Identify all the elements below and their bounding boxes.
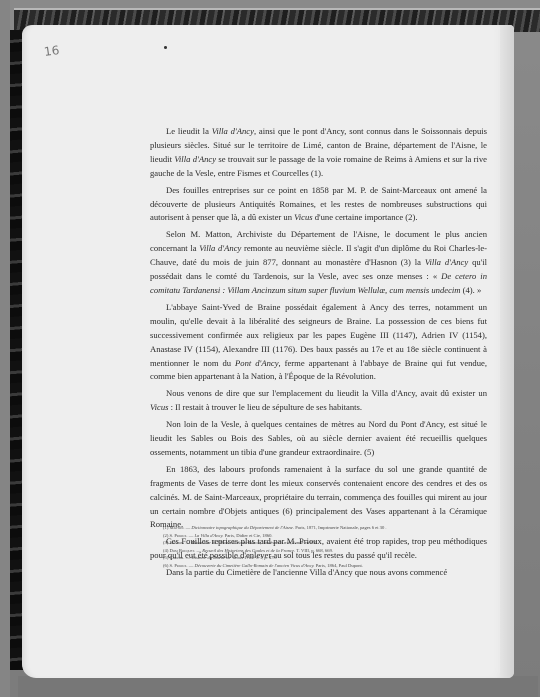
paragraph: Des fouilles entreprises sur ce point en… (150, 184, 487, 226)
footnotes: (1) Matton. — Dictionnaire topographique… (163, 524, 483, 570)
paragraph: Le lieudit la Villa d'Ancy, ainsi que le… (150, 125, 487, 181)
paragraph: En 1863, des labours profonds ramenaient… (150, 463, 487, 533)
footnote: (1) Matton. — Dictionnaire topographique… (163, 524, 483, 532)
paragraph: Selon M. Matton, Archiviste du Départeme… (150, 228, 487, 298)
ink-dot (164, 46, 167, 49)
scanner-bed-bottom (18, 676, 538, 697)
body-text: Le lieudit la Villa d'Ancy, ainsi que le… (150, 125, 487, 580)
footnote: (4) Dom Bouquet. — Recueil des Historien… (163, 547, 483, 555)
footnote: (5) Carlier. — Histoire du Duché de Valo… (163, 554, 483, 562)
paragraph: Nous venons de dire que sur l'emplacemen… (150, 387, 487, 415)
paragraph: Non loin de la Vesle, à quelques centain… (150, 418, 487, 460)
footnote: (6) S. Prioux. — Découverte du Cimetière… (163, 562, 483, 570)
page-number-handwritten: 16 (43, 43, 60, 59)
scanner-bed-edge (0, 0, 10, 697)
page-edge-shadow (500, 25, 514, 678)
paragraph: L'abbaye Saint-Yved de Braine possédait … (150, 301, 487, 384)
footnote: (3) Hasnon. — Monastère de l'Ordre de Sa… (163, 539, 483, 547)
footnote: (2) S. Prioux. — La Villa d'Ancy. Paris,… (163, 532, 483, 540)
